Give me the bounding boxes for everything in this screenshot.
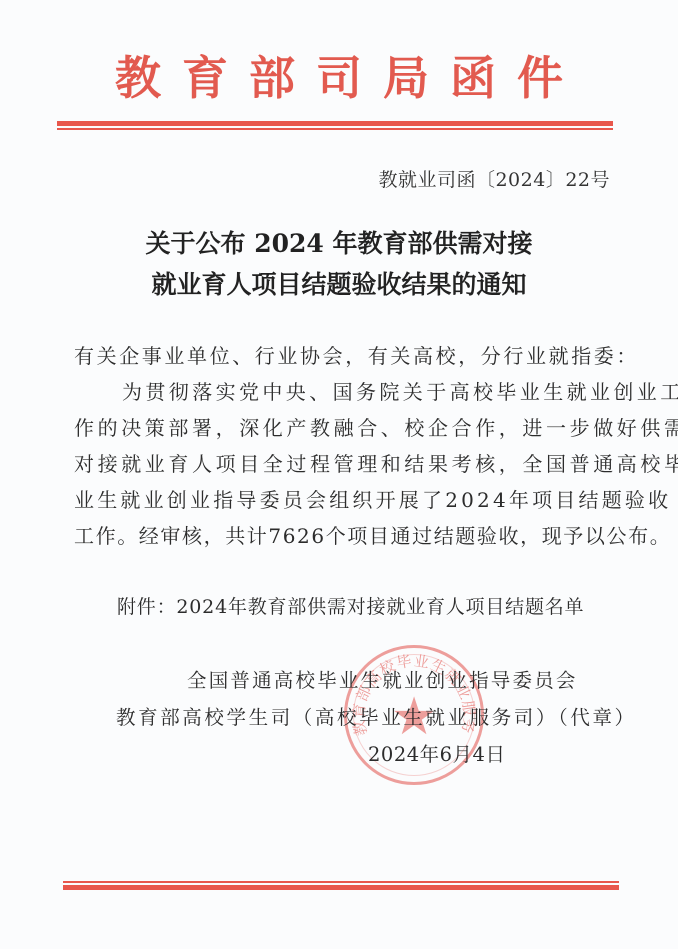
issuer-char: 教 — [105, 42, 172, 108]
body-line: 业生就业创业指导委员会组织开展了2024年项目结题验收 — [74, 482, 598, 518]
issuer-header: 教 育 部 司 局 函 件 — [0, 40, 678, 110]
issuer-char: 部 — [239, 42, 306, 108]
body-line: 工作。经审核，共计7626个项目通过结题验收，现予以公布。 — [74, 518, 598, 554]
issuer-char: 函 — [440, 42, 507, 108]
signature-date: 2024年6月4日 — [368, 739, 505, 767]
footer-rule-thin — [63, 881, 619, 883]
body-line: 为贯彻落实党中央、国务院关于高校毕业生就业创业工 — [122, 374, 598, 410]
salutation: 有关企事业单位、行业协会，有关高校，分行业就指委： — [74, 338, 598, 374]
document-title-line-1: 关于公布 2024 年教育部供需对接 — [0, 224, 678, 264]
document-title-line-2: 就业育人项目结题验收结果的通知 — [0, 265, 678, 305]
header-rule-thick — [57, 121, 613, 126]
body-line: 作的决策部署，深化产教融合、校企合作，进一步做好供需 — [74, 410, 598, 446]
attachment-line: 附件：2024年教育部供需对接就业育人项目结题名单 — [117, 592, 584, 619]
signature-committee: 全国普通高校毕业生就业创业指导委员会 — [187, 665, 578, 693]
issuer-char: 局 — [373, 42, 440, 108]
signature-department: 教育部高校学生司（高校毕业生就业服务司）（代章） — [116, 702, 637, 730]
footer-rule-thick — [63, 885, 619, 890]
header-rule-thin — [57, 128, 613, 130]
body-line: 对接就业育人项目全过程管理和结果考核，全国普通高校毕 — [74, 446, 598, 482]
issuer-char: 件 — [507, 42, 574, 108]
issuer-char: 司 — [306, 42, 373, 108]
document-number: 教就业司函〔2024〕22号 — [378, 165, 610, 192]
issuer-char: 育 — [172, 42, 239, 108]
